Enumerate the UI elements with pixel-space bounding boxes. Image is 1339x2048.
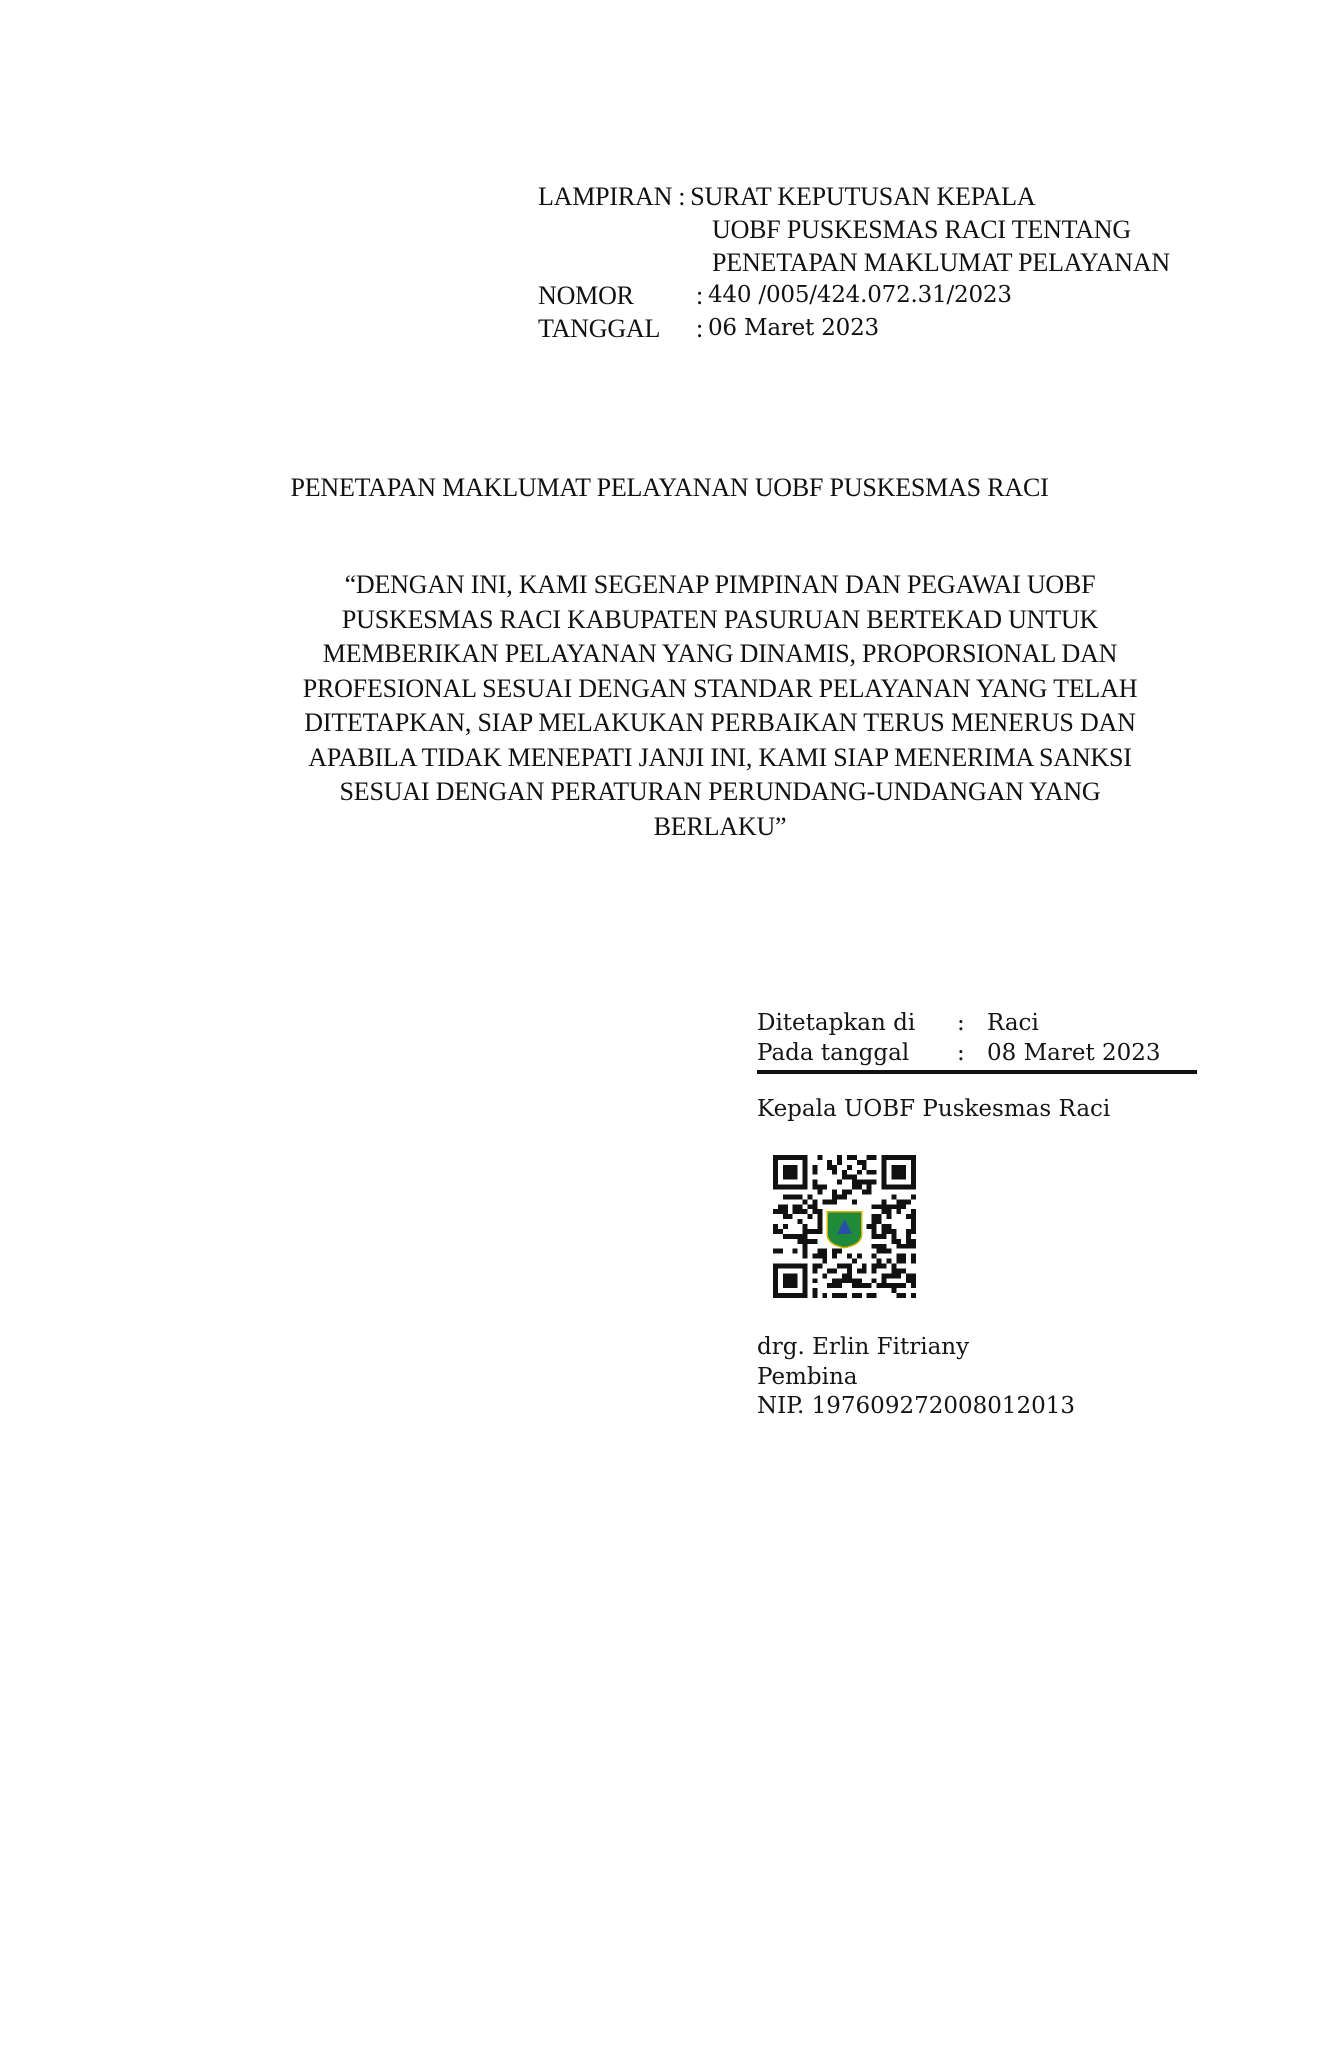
nomor-value: 440 /005/424.072.31/2023: [708, 279, 1012, 312]
attachment-label: LAMPIRAN: [538, 180, 672, 213]
attachment-value: UOBF PUSKESMAS RACI TENTANG: [712, 213, 1131, 246]
attachment-row-lampiran: LAMPIRAN : SURAT KEPUTUSAN KEPALA: [538, 180, 1170, 213]
service-pledge-statement: “DENGAN INI, KAMI SEGENAP PIMPINAN DAN P…: [250, 568, 1190, 844]
document-page: LAMPIRAN : SURAT KEPUTUSAN KEPALA UOBF P…: [0, 0, 1339, 2048]
enacted-date-row: Pada tanggal : 08 Maret 2023: [757, 1038, 1197, 1068]
attachment-row-nomor: NOMOR : 440 /005/424.072.31/2023: [538, 279, 1170, 312]
signature-block: Ditetapkan di : Raci Pada tanggal : 08 M…: [757, 1008, 1197, 1124]
statement-line: PROFESIONAL SESUAI DENGAN STANDAR PELAYA…: [250, 672, 1190, 707]
document-title: PENETAPAN MAKLUMAT PELAYANAN UOBF PUSKES…: [0, 473, 1339, 503]
signer-nip: NIP. 197609272008012013: [757, 1392, 1075, 1422]
attachment-value: PENETAPAN MAKLUMAT PELAYANAN: [712, 246, 1170, 279]
enacted-place-label: Ditetapkan di: [757, 1008, 957, 1038]
enacted-place-row: Ditetapkan di : Raci: [757, 1008, 1197, 1038]
statement-line: BERLAKU”: [250, 810, 1190, 845]
attachment-row-continuation: PENETAPAN MAKLUMAT PELAYANAN: [538, 246, 1170, 279]
divider: [757, 1070, 1197, 1074]
colon: :: [957, 1008, 987, 1038]
statement-line: DITETAPKAN, SIAP MELAKUKAN PERBAIKAN TER…: [250, 706, 1190, 741]
attachment-row-continuation: UOBF PUSKESMAS RACI TENTANG: [538, 213, 1170, 246]
signer-info: drg. Erlin Fitriany Pembina NIP. 1976092…: [757, 1333, 1075, 1422]
tanggal-label: TANGGAL: [538, 312, 696, 345]
colon: :: [957, 1038, 987, 1068]
attachment-separator: :: [678, 180, 690, 213]
qr-code-icon: [773, 1155, 916, 1298]
qr-code-graphic: [773, 1155, 916, 1298]
attachment-separator: :: [696, 279, 708, 312]
attachment-value: SURAT KEPUTUSAN KEPALA: [690, 180, 1035, 213]
attachment-separator: :: [696, 312, 708, 345]
statement-line: PUSKESMAS RACI KABUPATEN PASURUAN BERTEK…: [250, 603, 1190, 638]
nomor-label: NOMOR: [538, 279, 696, 312]
signer-name: drg. Erlin Fitriany: [757, 1333, 1075, 1363]
signer-rank: Pembina: [757, 1363, 1075, 1393]
statement-line: “DENGAN INI, KAMI SEGENAP PIMPINAN DAN P…: [250, 568, 1190, 603]
attachment-header: LAMPIRAN : SURAT KEPUTUSAN KEPALA UOBF P…: [538, 180, 1170, 345]
enacted-date-value: 08 Maret 2023: [987, 1038, 1161, 1068]
enacted-date-label: Pada tanggal: [757, 1038, 957, 1068]
enacted-place-value: Raci: [987, 1008, 1039, 1038]
statement-line: APABILA TIDAK MENEPATI JANJI INI, KAMI S…: [250, 741, 1190, 776]
statement-line: MEMBERIKAN PELAYANAN YANG DINAMIS, PROPO…: [250, 637, 1190, 672]
tanggal-value: 06 Maret 2023: [708, 312, 879, 345]
attachment-row-tanggal: TANGGAL : 06 Maret 2023: [538, 312, 1170, 345]
statement-line: SESUAI DENGAN PERATURAN PERUNDANG-UNDANG…: [250, 775, 1190, 810]
signer-position: Kepala UOBF Puskesmas Raci: [757, 1094, 1197, 1124]
